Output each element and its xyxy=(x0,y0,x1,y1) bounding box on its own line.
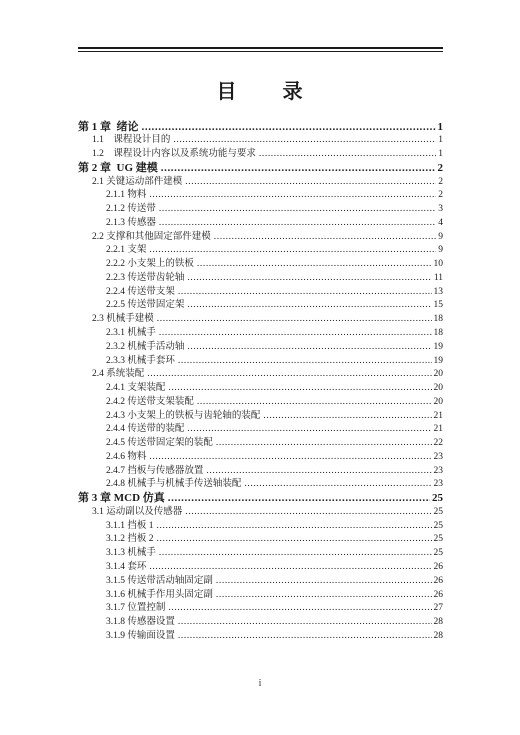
toc-entry[interactable]: 2.2.1 支架 ...............................… xyxy=(78,244,443,258)
dot-leader: ........................................… xyxy=(187,272,431,286)
toc-entry[interactable]: 3.1.3 机械手 ..............................… xyxy=(78,547,443,561)
toc-entry[interactable]: 第 2 章 UG 建模 ............................… xyxy=(78,162,443,176)
dot-leader: ........................................… xyxy=(187,341,431,355)
toc-entry-label: 2.3.1 机械手 xyxy=(106,327,156,341)
toc-entry[interactable]: 3.1.7 位置控制 .............................… xyxy=(78,602,443,616)
toc-entry-page: 11 xyxy=(434,272,443,286)
toc-entry-label: 2.4.5 传送带固定架的装配 xyxy=(106,437,213,451)
toc-entry-page: 4 xyxy=(438,217,443,231)
content-area: 目 录 第 1 章 绪论 ...........................… xyxy=(78,0,443,644)
dot-leader: ........................................… xyxy=(149,189,436,203)
toc-entry-page: 20 xyxy=(434,396,444,410)
toc-entry-page: 20 xyxy=(434,368,444,382)
toc-entry[interactable]: 3.1.1 挡板 1 .............................… xyxy=(78,520,443,534)
toc-entry[interactable]: 2.1.1 物料 ...............................… xyxy=(78,189,443,203)
toc-entry-page: 26 xyxy=(434,575,444,589)
page-number-footer: i xyxy=(0,678,520,689)
toc-entry-page: 20 xyxy=(434,382,444,396)
header-rule xyxy=(78,47,443,52)
toc-entry[interactable]: 2.4.5 传送带固定架的装配 ........................… xyxy=(78,437,443,451)
toc-entry-label: 3.1 运动副以及传感器 xyxy=(92,506,182,520)
toc-entry-label: 2.4.1 支架装配 xyxy=(106,382,165,396)
toc-entry-page: 2 xyxy=(438,162,444,176)
toc-entry-label: 3.1.2 挡板 2 xyxy=(106,533,154,547)
dot-leader: ........................................… xyxy=(197,258,432,272)
toc-entry-label: 2.1 关键运动部件建模 xyxy=(92,176,182,190)
toc-entry[interactable]: 1.2 课程设计内容以及系统功能与要求 ....................… xyxy=(78,148,443,162)
dot-leader: ........................................… xyxy=(178,355,432,369)
dot-leader: ........................................… xyxy=(159,203,436,217)
toc-entry-page: 28 xyxy=(434,616,444,630)
dot-leader: ........................................… xyxy=(159,547,432,561)
toc-entry-label: 2.1.2 传送带 xyxy=(106,203,156,217)
toc-entry[interactable]: 2.3.3 机械手套环 ............................… xyxy=(78,355,443,369)
toc-entry-label: 第 3 章 MCD 仿真 xyxy=(78,492,165,506)
dot-leader: ........................................… xyxy=(178,616,432,630)
toc-entry-label: 2.4.4 传送带的装配 xyxy=(106,423,184,437)
toc-entry-page: 25 xyxy=(432,492,443,506)
toc-entry-label: 1.1 课程设计目的 xyxy=(92,134,170,148)
dot-leader: ........................................… xyxy=(147,368,431,382)
toc-entry[interactable]: 2.1.3 传感器 ..............................… xyxy=(78,217,443,231)
toc-entry-label: 2.4.2 传送带支架装配 xyxy=(106,396,194,410)
toc-entry[interactable]: 3.1.8 传感器设置 ............................… xyxy=(78,616,443,630)
toc-entry-page: 21 xyxy=(434,410,444,424)
dot-leader: ........................................… xyxy=(157,313,432,327)
toc-entry[interactable]: 2.4.1 支架装配 .............................… xyxy=(78,382,443,396)
dot-leader: ........................................… xyxy=(185,176,436,190)
toc-entry-label: 3.1.7 位置控制 xyxy=(106,602,165,616)
toc-entry[interactable]: 2.4.8 机械手与机械手传送轴装配 .....................… xyxy=(78,478,443,492)
dot-leader: ........................................… xyxy=(259,148,436,162)
toc-entry-label: 3.1.9 传输面设置 xyxy=(106,630,175,644)
dot-leader: ........................................… xyxy=(168,602,431,616)
toc-entry-label: 3.1.8 传感器设置 xyxy=(106,616,175,630)
toc-entry-label: 2.3.2 机械手活动轴 xyxy=(106,341,184,355)
toc-entry[interactable]: 2.2 支撑和其他固定部件建模 ........................… xyxy=(78,231,443,245)
toc-entry-page: 19 xyxy=(434,355,444,369)
page-title: 目 录 xyxy=(78,79,443,105)
toc-entry[interactable]: 2.2.2 小支架上的铁板 ..........................… xyxy=(78,258,443,272)
dot-leader: ........................................… xyxy=(142,121,436,135)
toc-entry-page: 23 xyxy=(434,465,444,479)
toc-entry-page: 25 xyxy=(434,547,444,561)
toc-entry-label: 3.1.6 机械手作用头固定副 xyxy=(106,589,213,603)
toc-entry-label: 2.1.3 传感器 xyxy=(106,217,156,231)
dot-leader: ........................................… xyxy=(168,492,430,506)
toc-entry[interactable]: 2.2.5 传送带固定架 ...........................… xyxy=(78,299,443,313)
toc-entry[interactable]: 2.4.6 物料 ...............................… xyxy=(78,451,443,465)
toc-entry-page: 3 xyxy=(438,203,443,217)
dot-leader: ........................................… xyxy=(159,217,436,231)
dot-leader: ........................................… xyxy=(244,478,431,492)
toc-entry-page: 25 xyxy=(434,520,444,534)
toc-entry-label: 第 1 章 绪论 xyxy=(78,121,139,135)
dot-leader: ........................................… xyxy=(216,575,432,589)
toc-entry-page: 15 xyxy=(434,299,444,313)
toc-entry-page: 1 xyxy=(438,148,443,162)
dot-leader: ........................................… xyxy=(206,465,431,479)
toc-entry[interactable]: 2.4.2 传送带支架装配 ..........................… xyxy=(78,396,443,410)
toc-entry-label: 1.2 课程设计内容以及系统功能与要求 xyxy=(92,148,256,162)
dot-leader: ........................................… xyxy=(216,589,432,603)
toc-entry-page: 13 xyxy=(434,286,444,300)
toc-entry-label: 2.2.2 小支架上的铁板 xyxy=(106,258,194,272)
toc-entry-page: 27 xyxy=(434,602,444,616)
dot-leader: ........................................… xyxy=(173,134,436,148)
toc-entry[interactable]: 2.2.3 传送带齿轮轴 ...........................… xyxy=(78,272,443,286)
toc-entry[interactable]: 第 1 章 绪论 ...............................… xyxy=(78,121,443,135)
toc-entry-page: 26 xyxy=(434,589,444,603)
dot-leader: ........................................… xyxy=(263,410,431,424)
toc-entry-label: 3.1.1 挡板 1 xyxy=(106,520,154,534)
toc-entry[interactable]: 3.1 运动副以及传感器 ...........................… xyxy=(78,506,443,520)
toc-entry-page: 2 xyxy=(438,189,443,203)
toc-entry[interactable]: 第 3 章 MCD 仿真 ...........................… xyxy=(78,492,443,506)
dot-leader: ........................................… xyxy=(161,162,436,176)
dot-leader: ........................................… xyxy=(149,451,431,465)
toc-list: 第 1 章 绪论 ...............................… xyxy=(78,121,443,644)
toc-entry-label: 2.4.3 小支架上的铁板与齿轮轴的装配 xyxy=(106,410,260,424)
toc-entry-label: 第 2 章 UG 建模 xyxy=(78,162,158,176)
dot-leader: ........................................… xyxy=(157,533,432,547)
dot-leader: ........................................… xyxy=(185,506,431,520)
toc-entry[interactable]: 2.3.1 机械手 ..............................… xyxy=(78,327,443,341)
toc-entry[interactable]: 2.4 系统装配 ...............................… xyxy=(78,368,443,382)
toc-entry-label: 2.3 机械手建模 xyxy=(92,313,154,327)
toc-entry-page: 9 xyxy=(438,244,443,258)
toc-entry[interactable]: 3.1.5 传送带活动轴固定副 ........................… xyxy=(78,575,443,589)
toc-entry-page: 22 xyxy=(434,437,444,451)
toc-entry-page: 23 xyxy=(434,451,444,465)
toc-entry-page: 25 xyxy=(434,506,444,520)
toc-entry-label: 2.4.6 物料 xyxy=(106,451,146,465)
toc-entry[interactable]: 2.3 机械手建模 ..............................… xyxy=(78,313,443,327)
dot-leader: ........................................… xyxy=(178,286,432,300)
toc-entry[interactable]: 3.1.4 套环 ...............................… xyxy=(78,561,443,575)
dot-leader: ........................................… xyxy=(149,561,431,575)
dot-leader: ........................................… xyxy=(187,299,431,313)
toc-entry-page: 18 xyxy=(434,327,444,341)
toc-entry-page: 19 xyxy=(434,341,444,355)
dot-leader: ........................................… xyxy=(178,630,432,644)
toc-entry-page: 21 xyxy=(434,423,444,437)
dot-leader: ........................................… xyxy=(157,520,432,534)
toc-entry-page: 25 xyxy=(434,533,444,547)
toc-entry-label: 2.4.7 挡板与传感器放置 xyxy=(106,465,203,479)
toc-entry-label: 2.2.1 支架 xyxy=(106,244,146,258)
toc-entry-page: 9 xyxy=(438,231,443,245)
toc-page: 目 录 第 1 章 绪论 ...........................… xyxy=(0,0,520,735)
toc-entry-label: 2.3.3 机械手套环 xyxy=(106,355,175,369)
toc-entry-label: 3.1.4 套环 xyxy=(106,561,146,575)
toc-entry-label: 2.4 系统装配 xyxy=(92,368,144,382)
toc-entry[interactable]: 3.1.2 挡板 2 .............................… xyxy=(78,533,443,547)
toc-entry-label: 3.1.5 传送带活动轴固定副 xyxy=(106,575,213,589)
toc-entry[interactable]: 2.4.3 小支架上的铁板与齿轮轴的装配 ...................… xyxy=(78,410,443,424)
toc-entry[interactable]: 2.1 关键运动部件建模 ...........................… xyxy=(78,176,443,190)
dot-leader: ........................................… xyxy=(214,231,436,245)
toc-entry-label: 3.1.3 机械手 xyxy=(106,547,156,561)
dot-leader: ........................................… xyxy=(168,382,431,396)
toc-entry-label: 2.2.3 传送带齿轮轴 xyxy=(106,272,184,286)
dot-leader: ........................................… xyxy=(149,244,436,258)
toc-entry-label: 2.1.1 物料 xyxy=(106,189,146,203)
toc-entry-page: 10 xyxy=(434,258,444,272)
toc-entry[interactable]: 2.4.4 传送带的装配 ...........................… xyxy=(78,423,443,437)
dot-leader: ........................................… xyxy=(159,327,432,341)
toc-entry-label: 2.2.5 传送带固定架 xyxy=(106,299,184,313)
toc-entry[interactable]: 2.2.4 传送带支架 ............................… xyxy=(78,286,443,300)
dot-leader: ........................................… xyxy=(197,396,432,410)
toc-entry[interactable]: 3.1.6 机械手作用头固定副 ........................… xyxy=(78,589,443,603)
toc-entry-label: 2.4.8 机械手与机械手传送轴装配 xyxy=(106,478,241,492)
toc-entry-label: 2.2.4 传送带支架 xyxy=(106,286,175,300)
toc-entry-label: 2.2 支撑和其他固定部件建模 xyxy=(92,231,211,245)
toc-entry-page: 1 xyxy=(438,121,444,135)
toc-entry-page: 26 xyxy=(434,561,444,575)
toc-entry[interactable]: 2.1.2 传送带 ..............................… xyxy=(78,203,443,217)
dot-leader: ........................................… xyxy=(216,437,432,451)
toc-entry[interactable]: 1.1 课程设计目的 .............................… xyxy=(78,134,443,148)
toc-entry-page: 28 xyxy=(434,630,444,644)
toc-entry-page: 2 xyxy=(438,176,443,190)
toc-entry[interactable]: 2.4.7 挡板与传感器放置 .........................… xyxy=(78,465,443,479)
toc-entry[interactable]: 3.1.9 传输面设置 ............................… xyxy=(78,630,443,644)
toc-entry-page: 18 xyxy=(434,313,444,327)
dot-leader: ........................................… xyxy=(187,423,431,437)
toc-entry-page: 1 xyxy=(438,134,443,148)
toc-entry[interactable]: 2.3.2 机械手活动轴 ...........................… xyxy=(78,341,443,355)
toc-entry-page: 23 xyxy=(434,478,444,492)
